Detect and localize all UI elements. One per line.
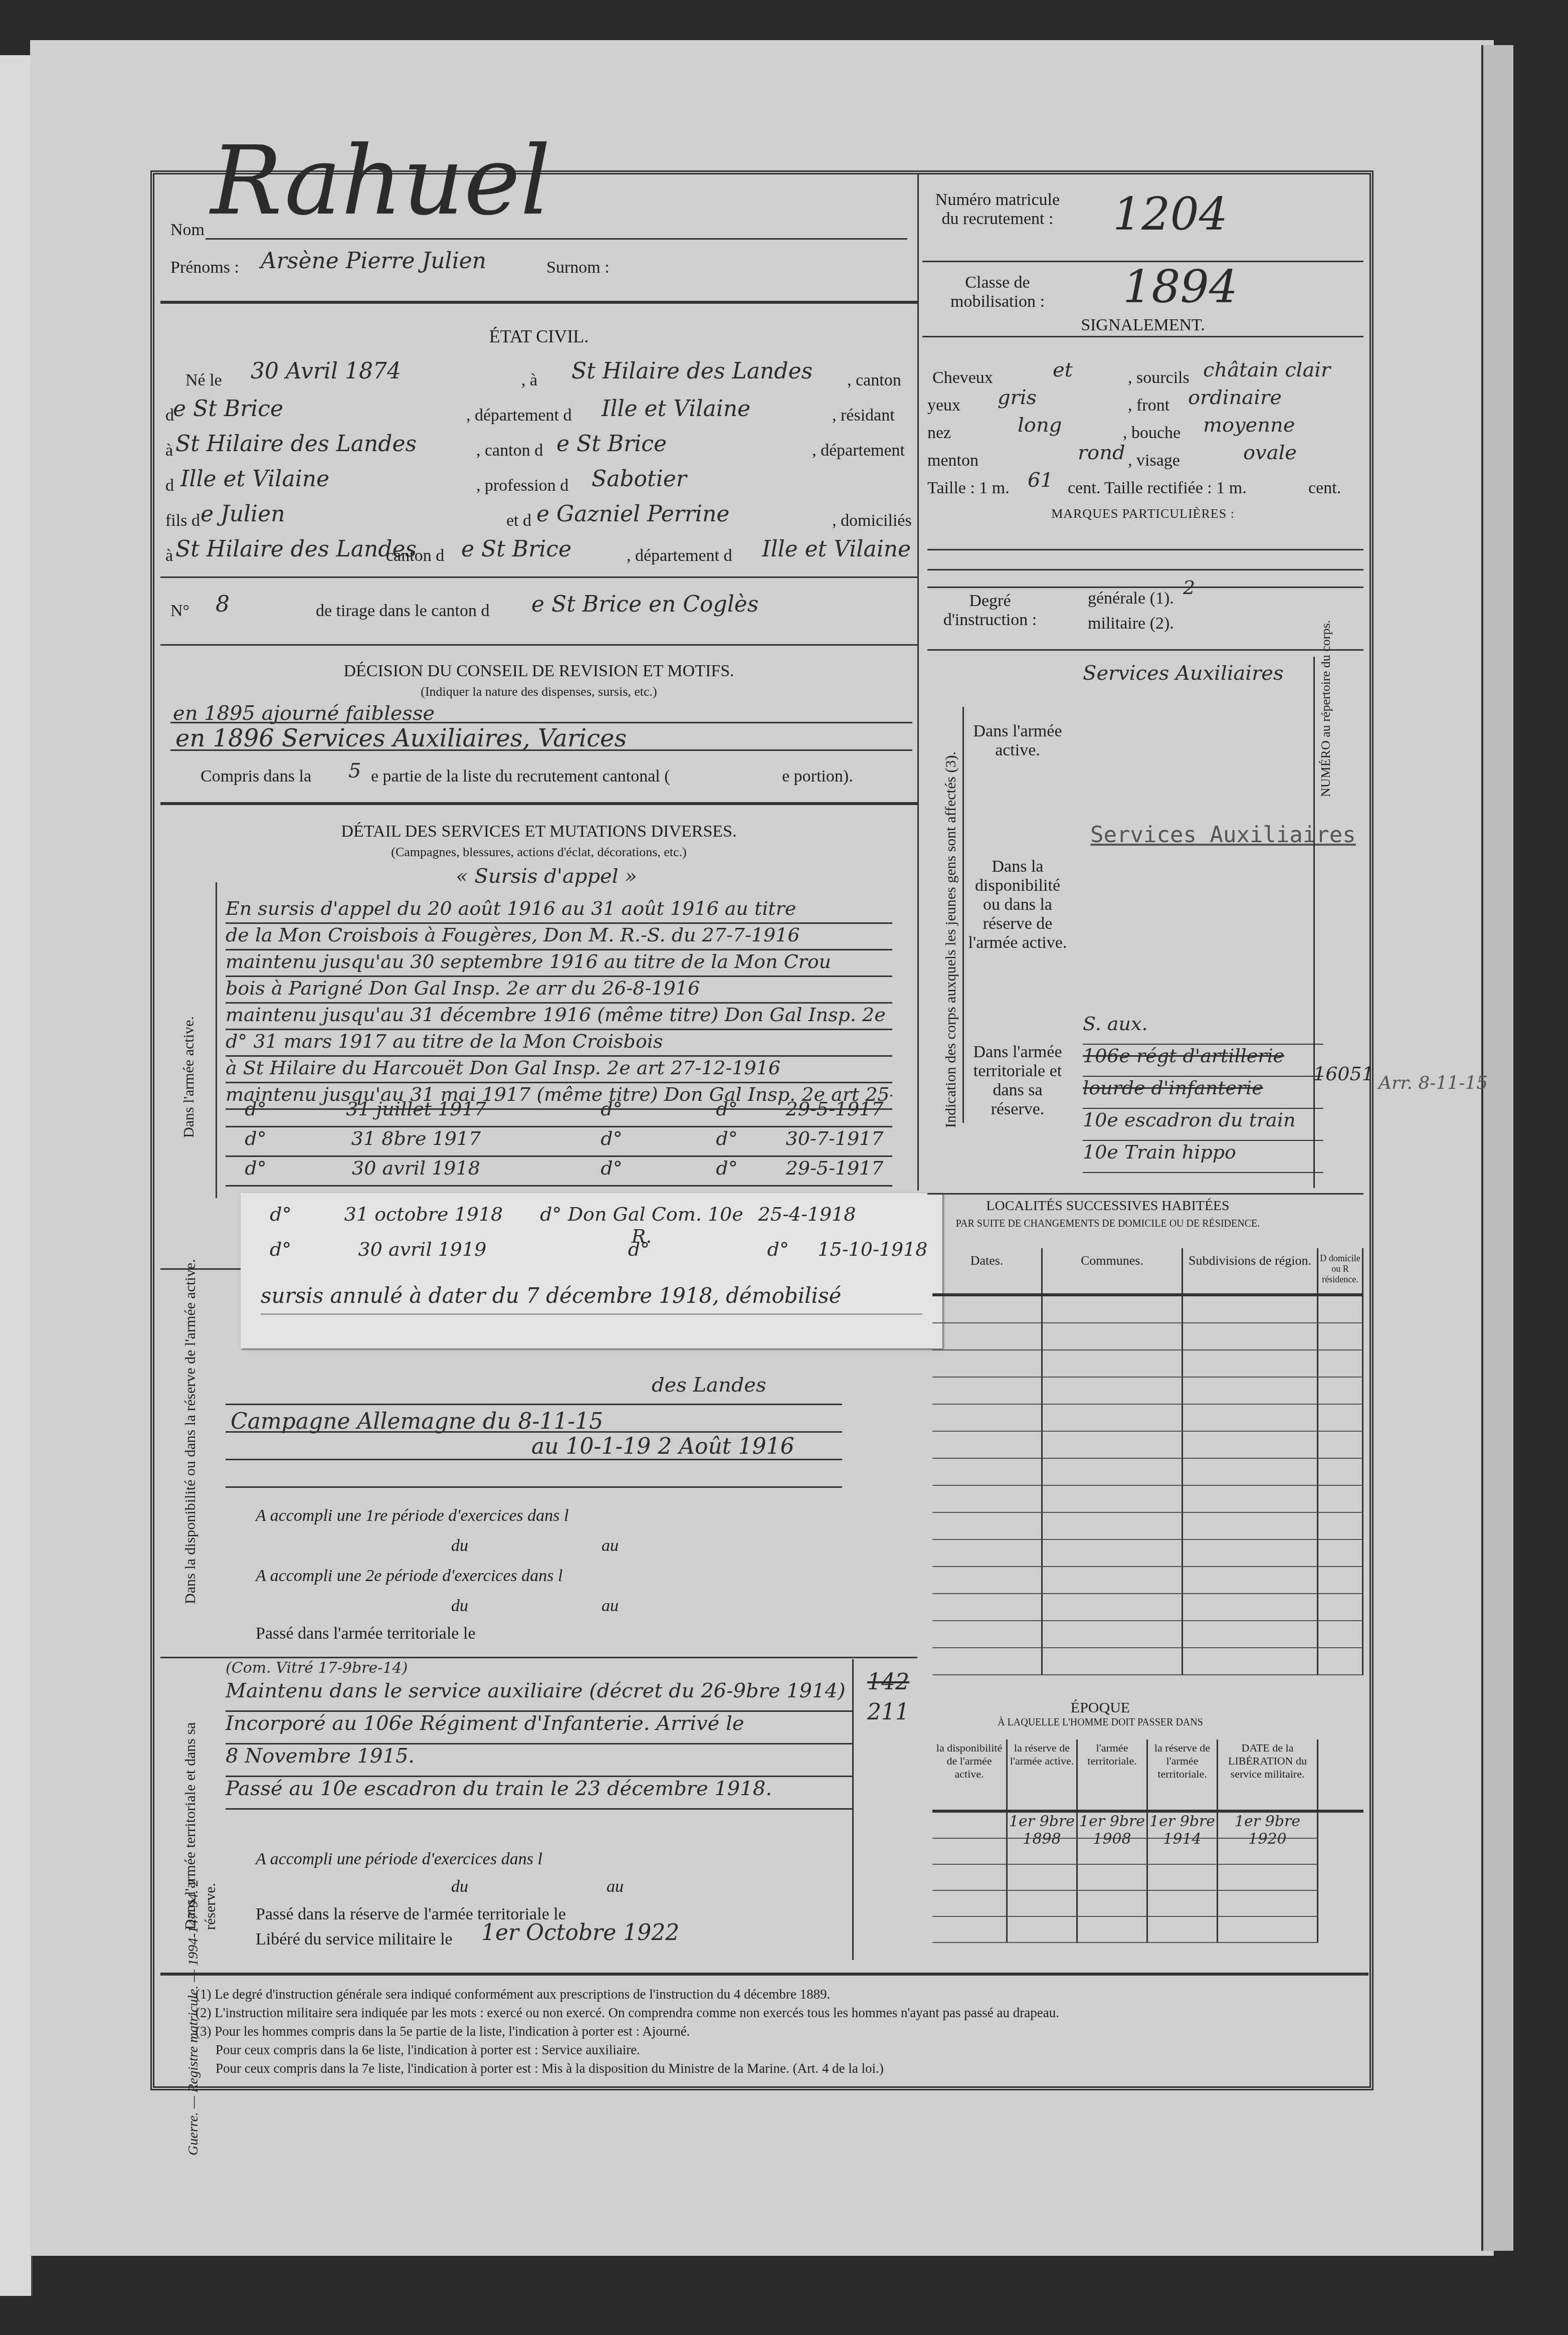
domicile-value: St Hilaire des Landes: [175, 536, 417, 562]
footnote: Pour ceux compris dans la 6e liste, l'in…: [195, 2041, 1348, 2059]
ne-le-label: Né le: [185, 371, 222, 390]
prenoms-label: Prénoms :: [170, 258, 239, 277]
localites-cell: [932, 1621, 1043, 1648]
services-lines: En sursis d'appel du 20 août 1916 au 31 …: [226, 897, 892, 1110]
affect-territoriale-value: 10e Train hippo: [1083, 1141, 1323, 1173]
etat-civil-title: ÉTAT CIVIL.: [160, 326, 917, 347]
detail-services-title: DÉTAIL DES SERVICES ET MUTATIONS DIVERSE…: [160, 822, 917, 841]
divider: [226, 1486, 842, 1488]
localites-row: [932, 1621, 1363, 1648]
epoque-cell: [932, 1839, 1008, 1865]
localites-row: [932, 1594, 1363, 1621]
res-canton-label: , canton d: [476, 441, 543, 460]
localites-cell: [1318, 1459, 1363, 1486]
decision-subtitle: (Indiquer la nature des dispenses, sursi…: [160, 684, 917, 699]
column-divider: [1313, 657, 1315, 1188]
localites-cell: [1043, 1540, 1183, 1567]
localites-cell: [932, 1567, 1043, 1594]
localites-cell: [1043, 1648, 1183, 1675]
compris-label-c: e portion).: [782, 767, 853, 786]
surnom-label: Surnom :: [546, 258, 610, 277]
localites-col-header: D domicile ou R résidence.: [1318, 1248, 1363, 1293]
epoque-row: [932, 1839, 1363, 1865]
localites-cell: [1318, 1432, 1363, 1459]
dom-departement-label: , département d: [627, 546, 732, 565]
passe-territoriale-label: Passé dans l'armée territoriale le: [256, 1624, 476, 1643]
menton-value: rond: [1078, 441, 1125, 464]
territoriale-line: 8 Novembre 1915.: [226, 1744, 852, 1777]
fils-de-label: fils d: [165, 511, 200, 530]
localites-cell: [1183, 1621, 1318, 1648]
epoque-cell: [1218, 1865, 1318, 1891]
localites-cell: [932, 1594, 1043, 1621]
slip-cell: d°: [534, 1238, 743, 1273]
service-line: En sursis d'appel du 20 août 1916 au 31 …: [226, 897, 892, 924]
epoque-cell: [932, 1865, 1008, 1891]
slip-cell: 25-4-1918: [747, 1203, 867, 1238]
tirage-no-label: N°: [170, 602, 189, 621]
compris-label: Compris dans la: [201, 767, 311, 786]
birth-date-value: 30 Avril 1874: [251, 358, 401, 384]
localites-cell: [1183, 1486, 1318, 1513]
bouche-label: , bouche: [1123, 424, 1181, 443]
margin-note: Arr. 8-11-15: [1379, 1073, 1488, 1093]
territoriale-line: Maintenu dans le service auxiliaire (déc…: [226, 1679, 852, 1712]
localites-cell: [1043, 1567, 1183, 1594]
epoque-row: [932, 1891, 1363, 1917]
periode-du: du: [451, 1877, 468, 1896]
epoque-col-header: la réserve de l'armée territoriale.: [1148, 1739, 1218, 1810]
territoriale-lines: (Com. Vitré 17-9bre-14)Maintenu dans le …: [226, 1659, 852, 1810]
marques-label: MARQUES PARTICULIÈRES :: [927, 506, 1358, 521]
localites-cell: [1318, 1486, 1363, 1513]
epoque-row: 1er 9bre 18981er 9bre 19081er 9bre 19141…: [932, 1813, 1363, 1839]
localites-cell: [1043, 1350, 1183, 1378]
profession-label: , profession d: [476, 476, 568, 495]
divider: [170, 722, 912, 723]
divider: [160, 301, 917, 304]
localites-row: [932, 1378, 1363, 1405]
slip-cell: d°: [251, 1238, 310, 1273]
res-canton-value: e St Brice: [556, 431, 667, 457]
divider: [226, 1459, 842, 1460]
epoque-cell: 1er 9bre 1914: [1148, 1813, 1218, 1839]
epoque-cell: 1er 9bre 1908: [1078, 1813, 1148, 1839]
front-label: , front: [1128, 396, 1169, 415]
tirage-no-value: 8: [216, 592, 230, 617]
localites-row: [932, 1459, 1363, 1486]
localites-cell: [1318, 1648, 1363, 1675]
mother-value: e Gazniel Perrine: [536, 501, 729, 527]
localites-row: [932, 1567, 1363, 1594]
localites-cell: [1043, 1296, 1183, 1323]
epoque-cell: [1078, 1865, 1148, 1891]
departement-label: , département d: [466, 406, 572, 425]
taille-value: 61: [1028, 469, 1053, 492]
dispo-line-au: au 10-1-19 2 Août 1916: [531, 1434, 794, 1459]
ditto-row: d°31 8bre 1917d°d°30-7-1917: [226, 1127, 892, 1157]
prenoms-value: Arsène Pierre Julien: [261, 248, 486, 274]
birth-canton-value: e St Brice: [173, 396, 283, 422]
divider: [927, 587, 1363, 588]
dispo-line: au 10-1-19 2 Août 1916: [531, 1434, 794, 1459]
periode1-du: du: [451, 1536, 468, 1555]
nez-label: nez: [927, 424, 951, 443]
localites-cell: [932, 1350, 1043, 1378]
epoque-cell: [1148, 1917, 1218, 1943]
ditto-cell: d°: [677, 1098, 777, 1126]
father-value: e Julien: [201, 501, 285, 527]
detail-services-subtitle: (Campagnes, blessures, actions d'éclat, …: [160, 845, 917, 860]
localites-cell: [1183, 1323, 1318, 1350]
localites-cell: [1318, 1323, 1363, 1350]
epoque-subtitle: À LAQUELLE L'HOMME DOIT PASSER DANS: [927, 1717, 1273, 1728]
affect-active-value: Services Auxiliaires: [1083, 662, 1283, 685]
service-line: maintenu jusqu'au 31 décembre 1916 (même…: [226, 1004, 892, 1030]
slip-cell: 15-10-1918: [813, 1238, 932, 1273]
localites-col-header: Dates.: [932, 1248, 1043, 1293]
localites-cell: [1043, 1513, 1183, 1540]
nom-underline: [206, 238, 907, 240]
numero-matricule-label: Numéro matricule du recrutement :: [927, 190, 1068, 229]
visage-label: , visage: [1128, 451, 1180, 470]
compris-label-b: e partie de la liste du recrutement cant…: [371, 767, 670, 786]
localites-table: Dates.Communes.Subdivisions de région.D …: [932, 1248, 1363, 1684]
affectations-vertical-label: Indication des corps auxquels les jeunes…: [942, 751, 959, 1128]
section-active-label: Dans l'armée active.: [180, 1016, 198, 1138]
a-label: , à: [521, 371, 537, 390]
localites-cell: [932, 1459, 1043, 1486]
slip-cell: d°: [251, 1203, 311, 1238]
epoque-cell: [1148, 1891, 1218, 1917]
ditto-cell: d°: [226, 1098, 286, 1126]
service-line: maintenu jusqu'au 30 septembre 1916 au t…: [226, 950, 892, 977]
footnote: (2) L'instruction militaire sera indiqué…: [195, 2004, 1348, 2022]
epoque-cell: [1008, 1865, 1078, 1891]
epoque-row: [932, 1917, 1363, 1943]
section-territoriale-label: Dans l'armée territoriale et dans sa rés…: [180, 1679, 221, 1930]
column-divider: [852, 1659, 854, 1960]
res-departement-value: Ille et Vilaine: [180, 466, 329, 492]
numero-repertoire-value: 16051: [1313, 1063, 1374, 1085]
slip-cell: 31 octobre 1918: [311, 1203, 536, 1238]
ditto-cell: d°: [677, 1157, 777, 1185]
service-line: bois à Parigné Don Gal Insp. 2e arr du 2…: [226, 977, 892, 1004]
epoque-cell: [1148, 1865, 1218, 1891]
pasted-slip: d°31 octobre 1918d° Don Gal Com. 10e R.2…: [241, 1193, 942, 1348]
epoque-row: [932, 1865, 1363, 1891]
localites-cell: [1043, 1486, 1183, 1513]
ditto-row: d°30 avril 1918d°d°29-5-1917: [226, 1157, 892, 1187]
localites-cell: [1318, 1567, 1363, 1594]
column-divider: [917, 173, 919, 1191]
divider: [160, 1657, 917, 1658]
epoque-cell: [1078, 1917, 1148, 1943]
localites-cell: [932, 1378, 1043, 1405]
sursis-heading: « Sursis d'appel »: [221, 865, 872, 888]
divider: [170, 749, 912, 751]
divider: [922, 336, 1363, 337]
epoque-cell: [1078, 1839, 1148, 1865]
localites-cell: [1043, 1405, 1183, 1432]
localites-cell: [1183, 1296, 1318, 1323]
localites-header: Dates.Communes.Subdivisions de région.D …: [932, 1248, 1363, 1296]
menton-label: menton: [927, 451, 978, 470]
divider: [160, 644, 917, 646]
localites-row: [932, 1486, 1363, 1513]
localites-cell: [932, 1540, 1043, 1567]
epoque-cell: [1008, 1917, 1078, 1943]
residence-prefix: à: [165, 441, 173, 460]
cent-label: cent.: [1308, 479, 1341, 498]
affect-territoriale-values: S. aux.106e régt d'artillerielourde d'in…: [1083, 1013, 1323, 1173]
periode2-du: du: [451, 1597, 468, 1616]
territoriale-line: (Com. Vitré 17-9bre-14): [226, 1659, 852, 1679]
yeux-value: gris: [998, 386, 1037, 409]
localites-cell: [932, 1323, 1043, 1350]
divider: [261, 1313, 922, 1315]
divider: [160, 1268, 241, 1270]
footnote: (3) Pour les hommes compris dans la 5e p…: [195, 2022, 1348, 2041]
instruction-generale-value: 2: [1183, 576, 1195, 599]
localites-cell: [1318, 1594, 1363, 1621]
divider: [927, 1193, 1363, 1195]
epoque-cell: [932, 1917, 1008, 1943]
ditto-cell: d°: [226, 1157, 286, 1185]
numero-repertoire-label: NUMÉRO au répertoire du corps.: [1318, 620, 1333, 797]
signalement-title: SIGNALEMENT.: [927, 316, 1358, 335]
territoriale-line: Passé au 10e escadron du train le 23 déc…: [226, 1777, 852, 1810]
localites-cell: [1318, 1513, 1363, 1540]
divider: [160, 802, 917, 805]
service-line: de la Mon Croisbois à Fougères, Don M. R…: [226, 924, 892, 950]
epoque-cell: [1218, 1917, 1318, 1943]
localites-cell: [932, 1432, 1043, 1459]
dom-canton-value: e St Brice: [461, 536, 571, 562]
localites-cell: [1043, 1378, 1183, 1405]
footnote: Pour ceux compris dans la 7e liste, l'in…: [195, 2059, 1348, 2078]
localites-cell: [1183, 1432, 1318, 1459]
nez-value: long: [1018, 414, 1062, 437]
slip-cell: d° Don Gal Com. 10e R.: [536, 1203, 747, 1238]
res-departement-label: , département: [812, 441, 905, 460]
side-number: 211: [867, 1699, 909, 1725]
ditto-cell: d°: [546, 1098, 677, 1126]
service-line: à St Hilaire du Harcouët Don Gal Insp. 2…: [226, 1057, 892, 1083]
numero-matricule-value: 1204: [1113, 188, 1228, 241]
instruction-generale-label: générale (1).: [1088, 589, 1174, 608]
ditto-cell: d°: [677, 1127, 777, 1155]
periode-label: A accompli une période d'exercices dans …: [256, 1850, 542, 1869]
ditto-cell: 31 juillet 1917: [286, 1098, 546, 1126]
epoque-col-header: la réserve de l'armée active.: [1008, 1739, 1078, 1810]
instruction-label: Degré d'instruction :: [927, 592, 1053, 630]
ditto-cell: 29-5-1917: [777, 1098, 892, 1126]
yeux-label: yeux: [927, 396, 960, 415]
localites-row: [932, 1432, 1363, 1459]
nom-label: Nom: [170, 221, 205, 240]
slip-row: d°31 octobre 1918d° Don Gal Com. 10e R.2…: [251, 1203, 932, 1238]
domicilies-label: , domiciliés: [832, 511, 912, 530]
slip-cell: d°: [743, 1238, 813, 1273]
localites-subtitle: PAR SUITE DE CHANGEMENTS DE DOMICILE OU …: [927, 1218, 1288, 1230]
service-line: d° 31 mars 1917 au titre de la Mon Crois…: [226, 1030, 892, 1057]
localites-cell: [1043, 1323, 1183, 1350]
localites-row: [932, 1513, 1363, 1540]
localites-cell: [1318, 1296, 1363, 1323]
classe-label: Classe de mobilisation :: [927, 273, 1068, 311]
localites-col-header: Communes.: [1043, 1248, 1183, 1293]
localites-cell: [1043, 1459, 1183, 1486]
epoque-col-header: l'armée territoriale.: [1078, 1739, 1148, 1810]
localites-cell: [1183, 1378, 1318, 1405]
epoque-cell: [1218, 1839, 1318, 1865]
localites-cell: [1043, 1621, 1183, 1648]
ditto-cell: 30 avril 1918: [286, 1157, 546, 1185]
ditto-cell: d°: [546, 1127, 677, 1155]
localites-col-header: Subdivisions de région.: [1183, 1248, 1318, 1293]
localites-cell: [1318, 1378, 1363, 1405]
localites-cell: [932, 1513, 1043, 1540]
dom-departement-value: Ille et Vilaine: [762, 536, 911, 562]
taille-rectifiee-label: cent. Taille rectifiée : 1 m.: [1068, 479, 1247, 498]
localites-cell: [932, 1296, 1043, 1323]
decision-line: en 1896 Services Auxiliaires, Varices: [175, 724, 627, 752]
periode1-label: A accompli une 1re période d'exercices d…: [256, 1506, 568, 1525]
localites-row: [932, 1540, 1363, 1567]
localites-cell: [1183, 1459, 1318, 1486]
affect-territoriale-label: Dans l'armée territoriale et dans sa rés…: [967, 1043, 1068, 1119]
ditto-cell: 30-7-1917: [777, 1127, 892, 1155]
localites-cell: [1043, 1594, 1183, 1621]
localites-cell: [932, 1405, 1043, 1432]
et-de-label: et d: [506, 511, 531, 530]
localites-cell: [1183, 1513, 1318, 1540]
localites-row: [932, 1350, 1363, 1378]
residant-label: , résidant: [832, 406, 895, 425]
side-number: 142: [867, 1669, 909, 1695]
footnote: (1) Le degré d'instruction générale sera…: [195, 1985, 1348, 2004]
birth-departement-value: Ille et Vilaine: [602, 396, 750, 422]
compris-partie-value: 5: [348, 759, 361, 783]
localites-row: [932, 1296, 1363, 1323]
profession-value: Sabotier: [592, 466, 687, 492]
ditto-row: d°31 juillet 1917d°d°29-5-1917: [226, 1098, 892, 1127]
brace: [962, 707, 964, 1123]
localites-cell: [932, 1648, 1043, 1675]
localites-row: [932, 1405, 1363, 1432]
divider: [226, 1431, 842, 1433]
localites-cell: [1318, 1621, 1363, 1648]
localites-cell: [1183, 1567, 1318, 1594]
divider: [160, 576, 917, 578]
territoriale-line: Incorporé au 106e Régiment d'Infanterie.…: [226, 1712, 852, 1744]
section-dispo-label: Dans la disponibilité ou dans la réserve…: [180, 1253, 201, 1604]
ditto-cell: 29-5-1917: [777, 1157, 892, 1185]
periode2-label: A accompli une 2e période d'exercices da…: [256, 1567, 562, 1586]
localites-cell: [1183, 1350, 1318, 1378]
epoque-cell: [1078, 1891, 1148, 1917]
localites-row: [932, 1648, 1363, 1675]
dispo-line: Campagne Allemagne du 8-11-15: [231, 1409, 603, 1434]
epoque-title: ÉPOQUE: [927, 1699, 1273, 1716]
tirage-canton-value: e St Brice en Coglès: [531, 592, 758, 617]
visage-value: ovale: [1243, 441, 1297, 464]
epoque-cell: [932, 1813, 1008, 1839]
dom-prefix: à: [165, 546, 173, 565]
slip-rows: d°31 octobre 1918d° Don Gal Com. 10e R.2…: [251, 1203, 932, 1273]
instruction-militaire-label: militaire (2).: [1088, 614, 1174, 633]
divider: [927, 569, 1363, 570]
ditto-cell: d°: [546, 1157, 677, 1185]
divider: [927, 549, 1363, 550]
localites-cell: [1183, 1405, 1318, 1432]
classe-value: 1894: [1123, 261, 1238, 313]
epoque-cell: [1008, 1839, 1078, 1865]
localites-cell: [1318, 1350, 1363, 1378]
epoque-table: la disponibilité de l'armée active.la ré…: [932, 1729, 1363, 1945]
epoque-cell: 1er 9bre 1920: [1218, 1813, 1318, 1839]
canton-label: , canton: [847, 371, 901, 390]
affect-dispo-stamp: Services Auxiliaires: [1090, 822, 1356, 848]
footnotes: (1) Le degré d'instruction générale sera…: [195, 1985, 1348, 2078]
localites-cell: [1318, 1540, 1363, 1567]
localites-cell: [932, 1486, 1043, 1513]
services-ditto-rows: d°31 juillet 1917d°d°29-5-1917d°31 8bre …: [226, 1098, 892, 1187]
affect-dispo-label: Dans la disponibilité ou dans la réserve…: [967, 857, 1068, 952]
affect-territoriale-value: 106e régt d'artillerie: [1083, 1045, 1323, 1077]
localites-cell: [1318, 1405, 1363, 1432]
adjacent-page-edge: [0, 55, 33, 2296]
slip-row: d°30 avril 1919d°d°15-10-1918: [251, 1238, 932, 1273]
divider: [160, 1973, 1368, 1976]
dispo-line: des Landes: [652, 1374, 766, 1397]
cheveux-value: et: [1053, 358, 1073, 381]
slip-cell: 30 avril 1919: [310, 1238, 534, 1273]
epoque-cell: 1er 9bre 1898: [1008, 1813, 1078, 1839]
sourcils-label: , sourcils: [1128, 368, 1190, 387]
localites-title: LOCALITÉS SUCCESSIVES HABITÉES: [927, 1198, 1288, 1214]
tirage-label: de tirage dans le canton d: [316, 602, 489, 621]
periode2-au: au: [602, 1597, 619, 1616]
dom-canton-label: canton d: [386, 546, 444, 565]
divider: [226, 1404, 842, 1405]
residence-value: St Hilaire des Landes: [175, 431, 417, 457]
localites-cell: [1183, 1594, 1318, 1621]
periode-au: au: [607, 1877, 624, 1896]
epoque-cell: [1218, 1891, 1318, 1917]
localites-cell: [1183, 1540, 1318, 1567]
res-dep-prefix: d: [165, 476, 174, 495]
bouche-value: moyenne: [1203, 414, 1295, 437]
affect-territoriale-value: 10e escadron du train: [1083, 1109, 1323, 1141]
divider: [927, 649, 1363, 651]
epoque-cell: [1008, 1891, 1078, 1917]
affect-territoriale-value: lourde d'infanterie: [1083, 1077, 1323, 1109]
slip-note: sursis annulé à dater du 7 décembre 1918…: [261, 1283, 841, 1308]
affect-territoriale-value: S. aux.: [1083, 1013, 1323, 1045]
libere-label: Libéré du service militaire le: [256, 1930, 453, 1949]
ditto-cell: d°: [226, 1127, 286, 1155]
epoque-header: la disponibilité de l'armée active.la ré…: [932, 1739, 1363, 1813]
periode1-au: au: [602, 1536, 619, 1555]
nom-value: Rahuel: [211, 125, 551, 236]
epoque-cell: [932, 1891, 1008, 1917]
epoque-cell: [1148, 1839, 1218, 1865]
sourcils-value: châtain clair: [1203, 358, 1330, 381]
localites-cell: [1183, 1648, 1318, 1675]
front-value: ordinaire: [1188, 386, 1282, 409]
